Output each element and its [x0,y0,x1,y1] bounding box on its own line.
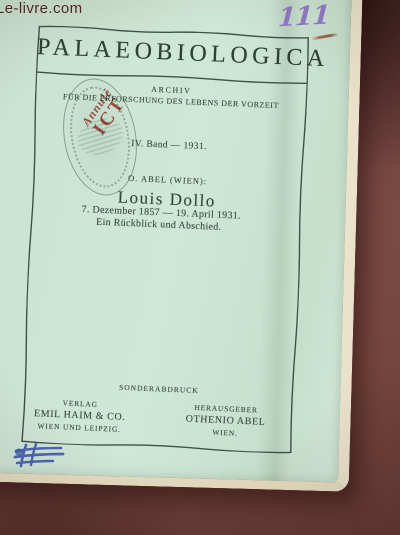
seller-watermark: Le-livre.com [0,0,83,17]
pen-scribble [13,443,67,469]
publisher-block: VERLAG EMIL HAIM & CO. WIEN UND LEIPZIG. [29,397,130,435]
handwritten-number: 111 [277,1,330,34]
photo-backdrop: PALAEOBIOLOGICA ARCHIV FÜR DIE ERFORSCHU… [0,0,400,535]
editor-block: HERAUSGEBER OTHENIO ABEL WIEN. [169,402,282,440]
